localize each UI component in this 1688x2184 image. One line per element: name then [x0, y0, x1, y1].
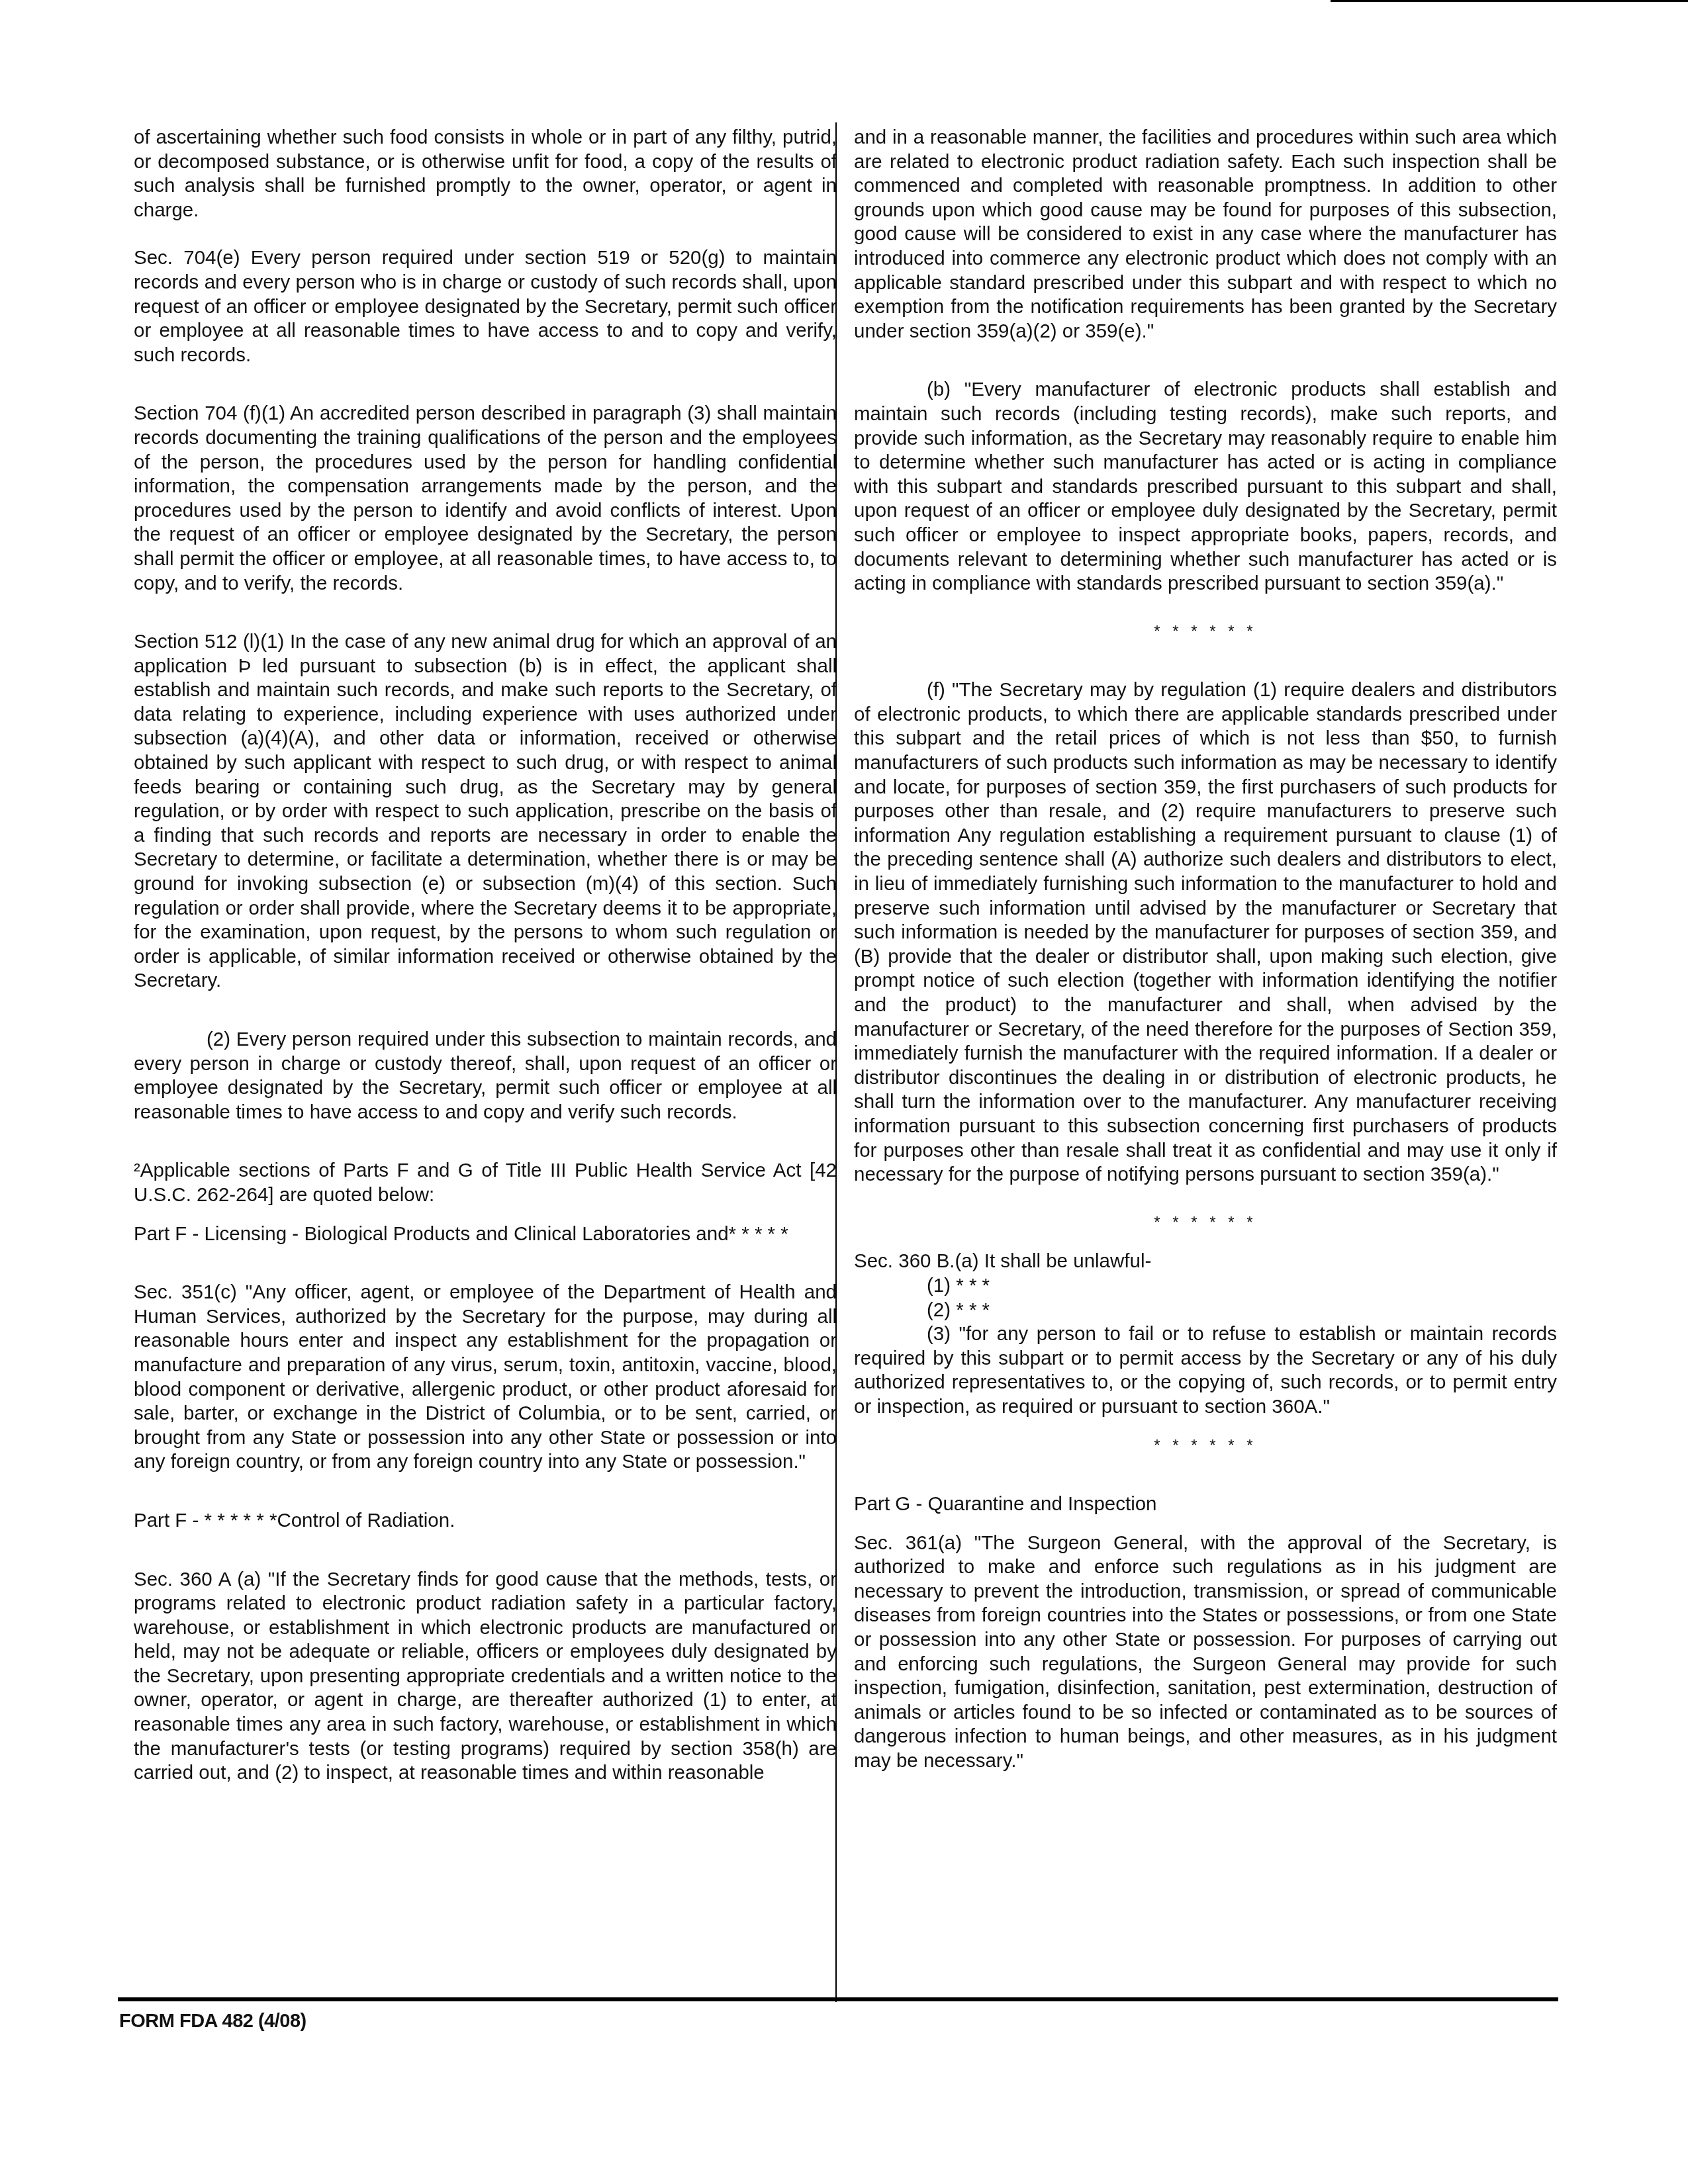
form-identifier: FORM FDA 482 (4/08)	[119, 2011, 306, 2032]
left-column: of ascertaining whether such food consis…	[134, 126, 837, 1786]
paragraph-food-analysis: of ascertaining whether such food consis…	[134, 126, 837, 222]
heading-part-f-licensing: Part F - Licensing - Biological Products…	[134, 1222, 837, 1247]
heading-part-g: Part G - Quarantine and Inspection	[854, 1492, 1557, 1517]
footnote-applicable-sections: ²Applicable sections of Parts F and G of…	[134, 1159, 837, 1207]
paragraph-sec-351c: Sec. 351(c) "Any officer, agent, or empl…	[134, 1281, 837, 1475]
heading-part-f-radiation: Part F - * * * * * *Control of Radiation…	[134, 1509, 837, 1533]
paragraph-sec-512l1: Section 512 (l)(1) In the case of any ne…	[134, 630, 837, 993]
paragraph-sec-361a: Sec. 361(a) "The Surgeon General, with t…	[854, 1531, 1557, 1774]
paragraph-sec-704f1: Section 704 (f)(1) An accredited person …	[134, 402, 837, 596]
paragraph-sec-360a-b: (b) "Every manufacturer of electronic pr…	[854, 378, 1557, 596]
right-column: and in a reasonable manner, the faciliti…	[854, 126, 1557, 1774]
section-separator-stars: * * * * * *	[854, 620, 1557, 645]
list-item-360b-3: (3) "for any person to fail or to refuse…	[854, 1322, 1557, 1419]
list-item-360b-2: (2) * * *	[854, 1298, 1557, 1323]
section-separator-stars: * * * * * *	[854, 1211, 1557, 1236]
paragraph-sec-360a-a: Sec. 360 A (a) "If the Secretary finds f…	[134, 1568, 837, 1786]
bottom-rule	[118, 1997, 1558, 2001]
paragraph-sec-360a-cont: and in a reasonable manner, the faciliti…	[854, 126, 1557, 343]
list-item-360b-1: (1) * * *	[854, 1274, 1557, 1298]
heading-sec-360b: Sec. 360 B.(a) It shall be unlawful-	[854, 1250, 1557, 1274]
column-divider	[835, 122, 837, 2002]
top-rule	[1331, 0, 1688, 2]
section-separator-stars: * * * * * *	[854, 1434, 1557, 1459]
paragraph-sec-704e: Sec. 704(e) Every person required under …	[134, 246, 837, 367]
paragraph-sec-360a-f: (f) "The Secretary may by regulation (1)…	[854, 678, 1557, 1187]
paragraph-sec-512l2: (2) Every person required under this sub…	[134, 1028, 837, 1124]
